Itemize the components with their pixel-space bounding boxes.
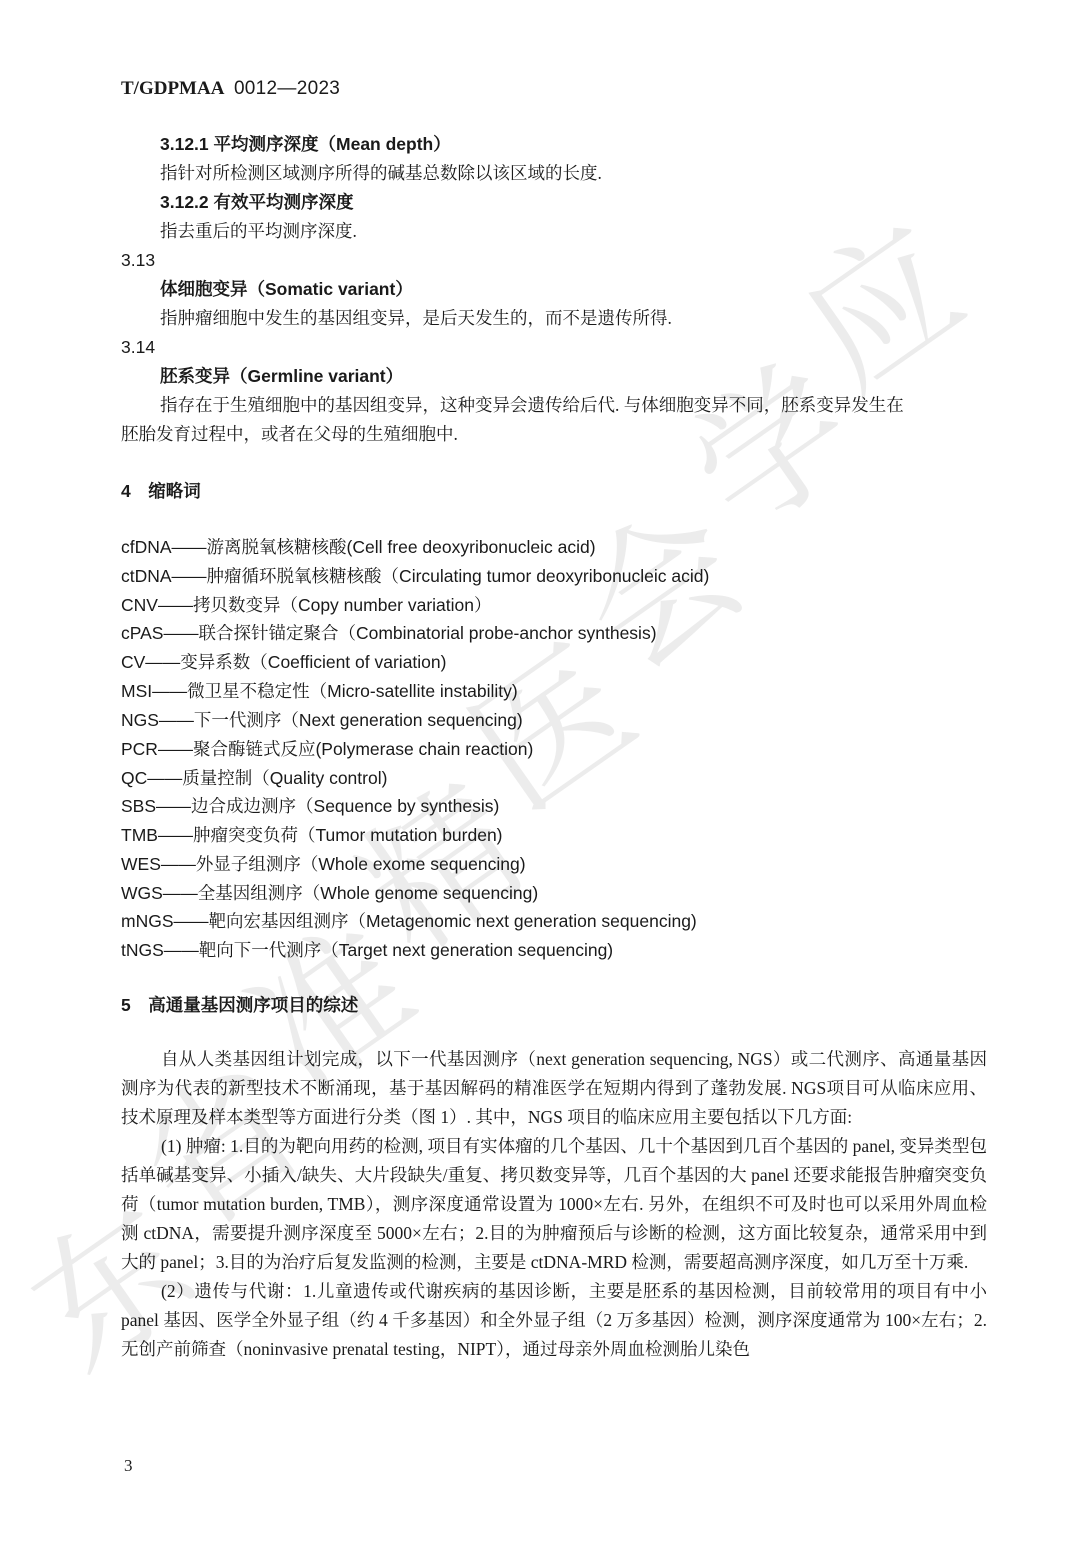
section-5-item-genetics: (2）遗传与代谢：1.儿童遗传或代谢疾病的基因诊断，主要是胚系的基因检测，目前较… xyxy=(121,1277,987,1364)
abbreviation-item: NGS——下一代测序（Next generation sequencing) xyxy=(121,707,523,732)
document-code-prefix: T/GDPMAA xyxy=(121,78,224,99)
section-5-body: 自从人类基因组计划完成，以下一代基因测序（next generation seq… xyxy=(121,1045,987,1364)
abbreviation-item: CV——变异系数（Coefficient of variation) xyxy=(121,649,446,674)
section-number-3-13: 3.13 xyxy=(121,246,155,275)
document-code-number: 0012—2023 xyxy=(234,78,340,99)
definition-3-14-line1: 指存在于生殖细胞中的基因组变异，这种变异会遗传给后代. 与体细胞变异不同，胚系变… xyxy=(160,391,904,420)
abbreviation-item: TMB——肿瘤突变负荷（Tumor mutation burden) xyxy=(121,822,503,847)
heading-3-12-1: 3.12.1 平均测序深度（Mean depth） xyxy=(160,130,451,159)
section-5-heading: 5 高通量基因测序项目的综述 xyxy=(121,992,358,1017)
abbreviation-item: PCR——聚合酶链式反应(Polymerase chain reaction) xyxy=(121,736,533,761)
abbreviation-item: SBS——边合成边测序（Sequence by synthesis) xyxy=(121,793,499,818)
section-number-3-14: 3.14 xyxy=(121,333,155,362)
section-4-heading: 4 缩略词 xyxy=(121,478,201,503)
abbreviation-item: ctDNA——肿瘤循环脱氧核糖核酸（Circulating tumor deox… xyxy=(121,563,709,588)
section-5-item-tumor: (1) 肿瘤: 1.目的为靶向用药的检测, 项目有实体瘤的几个基因、几十个基因到… xyxy=(121,1132,987,1277)
document-code: T/GDPMAA 0012—2023 xyxy=(121,78,340,100)
section-5-intro-paragraph: 自从人类基因组计划完成，以下一代基因测序（next generation seq… xyxy=(121,1045,987,1132)
definition-3-12-2: 指去重后的平均测序深度. xyxy=(160,217,357,246)
abbreviation-item: tNGS——靶向下一代测序（Target next generation seq… xyxy=(121,937,613,962)
abbreviation-item: QC——质量控制（Quality control) xyxy=(121,765,387,790)
abbreviation-item: mNGS——靶向宏基因组测序（Metagenomic next generati… xyxy=(121,908,697,933)
watermark-char: 学 xyxy=(642,307,889,570)
abbreviation-item: MSI——微卫星不稳定性（Micro-satellite instability… xyxy=(121,678,518,703)
document-page: 应 学 会 医 精 准 省 东 T/GDPMAA 0012—2023 3.12.… xyxy=(0,0,1080,1547)
heading-3-12-2: 3.12.2 有效平均测序深度 xyxy=(160,188,354,217)
definition-3-12-1: 指针对所检测区域测序所得的碱基总数除以该区域的长度. xyxy=(160,159,602,188)
term-3-13: 体细胞变异（Somatic variant） xyxy=(160,275,413,304)
abbreviation-item: CNV——拷贝数变异（Copy number variation） xyxy=(121,592,492,617)
abbreviation-item: WES——外显子组测序（Whole exome sequencing) xyxy=(121,851,526,876)
abbreviation-item: WGS——全基因组测序（Whole genome sequencing) xyxy=(121,880,538,905)
abbreviation-item: cfDNA——游离脱氧核糖核酸(Cell free deoxyribonucle… xyxy=(121,534,596,559)
definition-3-14-line2: 胚胎发育过程中，或者在父母的生殖细胞中. xyxy=(121,420,458,449)
term-3-14: 胚系变异（Germline variant） xyxy=(160,362,403,391)
abbreviation-item: cPAS——联合探针锚定聚合（Combinatorial probe-ancho… xyxy=(121,620,657,645)
definition-3-13: 指肿瘤细胞中发生的基因组变异，是后天发生的，而不是遗传所得. xyxy=(160,304,672,333)
page-number: 3 xyxy=(124,1456,133,1476)
